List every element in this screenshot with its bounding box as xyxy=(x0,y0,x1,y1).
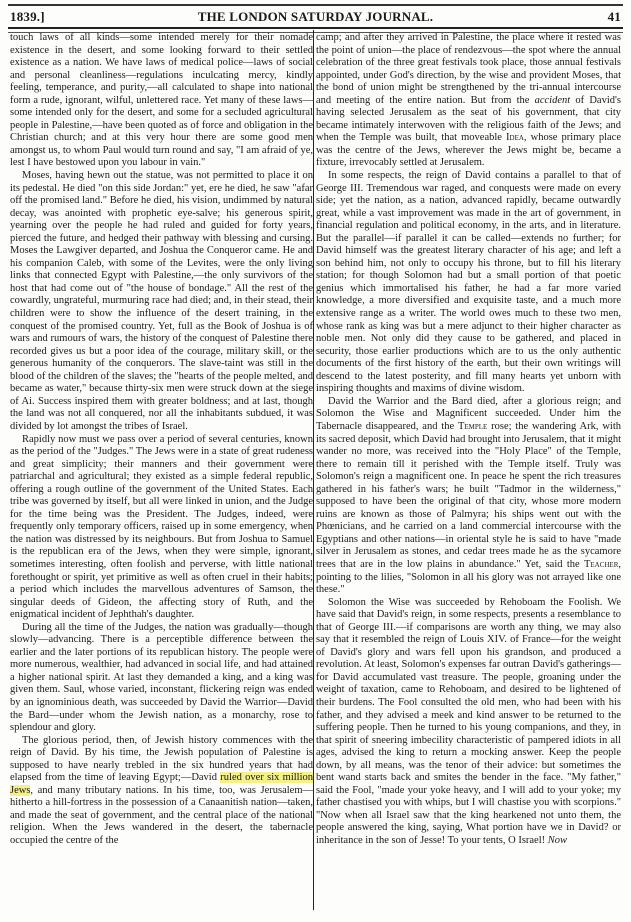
small-caps-text: Idea xyxy=(506,132,524,143)
text-run: Solomon the Wise was succeeded by Rehobo… xyxy=(316,597,621,846)
paragraph: Solomon the Wise was succeeded by Rehobo… xyxy=(316,597,621,848)
italic-text: Now xyxy=(548,835,567,846)
left-column: touch laws of all kinds—some intended me… xyxy=(10,32,313,848)
paragraph: In some respects, the reign of David con… xyxy=(316,170,621,396)
text-run: rose; the wandering Ark, with its sacred… xyxy=(316,421,621,570)
right-column: camp; and after they arrived in Palestin… xyxy=(316,32,621,848)
italic-text: accident xyxy=(535,95,571,106)
paragraph: The glorious period, then, of Jewish his… xyxy=(10,735,313,848)
paragraph: During all the time of the Judges, the n… xyxy=(10,622,313,735)
small-caps-text: Temple xyxy=(458,421,487,432)
running-header: 1839.] THE LONDON SATURDAY JOURNAL. 41 xyxy=(10,9,621,25)
paragraph: Moses, having hewn out the statue, was n… xyxy=(10,170,313,433)
paragraph: Rapidly now must we pass over a period o… xyxy=(10,434,313,622)
page-number: 41 xyxy=(608,9,621,25)
text-run: , and many tributary nations. In his tim… xyxy=(10,785,313,846)
journal-title: THE LONDON SATURDAY JOURNAL. xyxy=(10,9,621,25)
paragraph: camp; and after they arrived in Palestin… xyxy=(316,32,621,170)
column-divider xyxy=(313,30,314,910)
top-rule xyxy=(8,4,623,6)
paragraph: David the Warrior and the Bard died, aft… xyxy=(316,396,621,597)
paragraph: touch laws of all kinds—some intended me… xyxy=(10,32,313,170)
journal-page: 1839.] THE LONDON SATURDAY JOURNAL. 41 t… xyxy=(0,0,631,922)
small-caps-text: Teacher xyxy=(584,559,618,570)
